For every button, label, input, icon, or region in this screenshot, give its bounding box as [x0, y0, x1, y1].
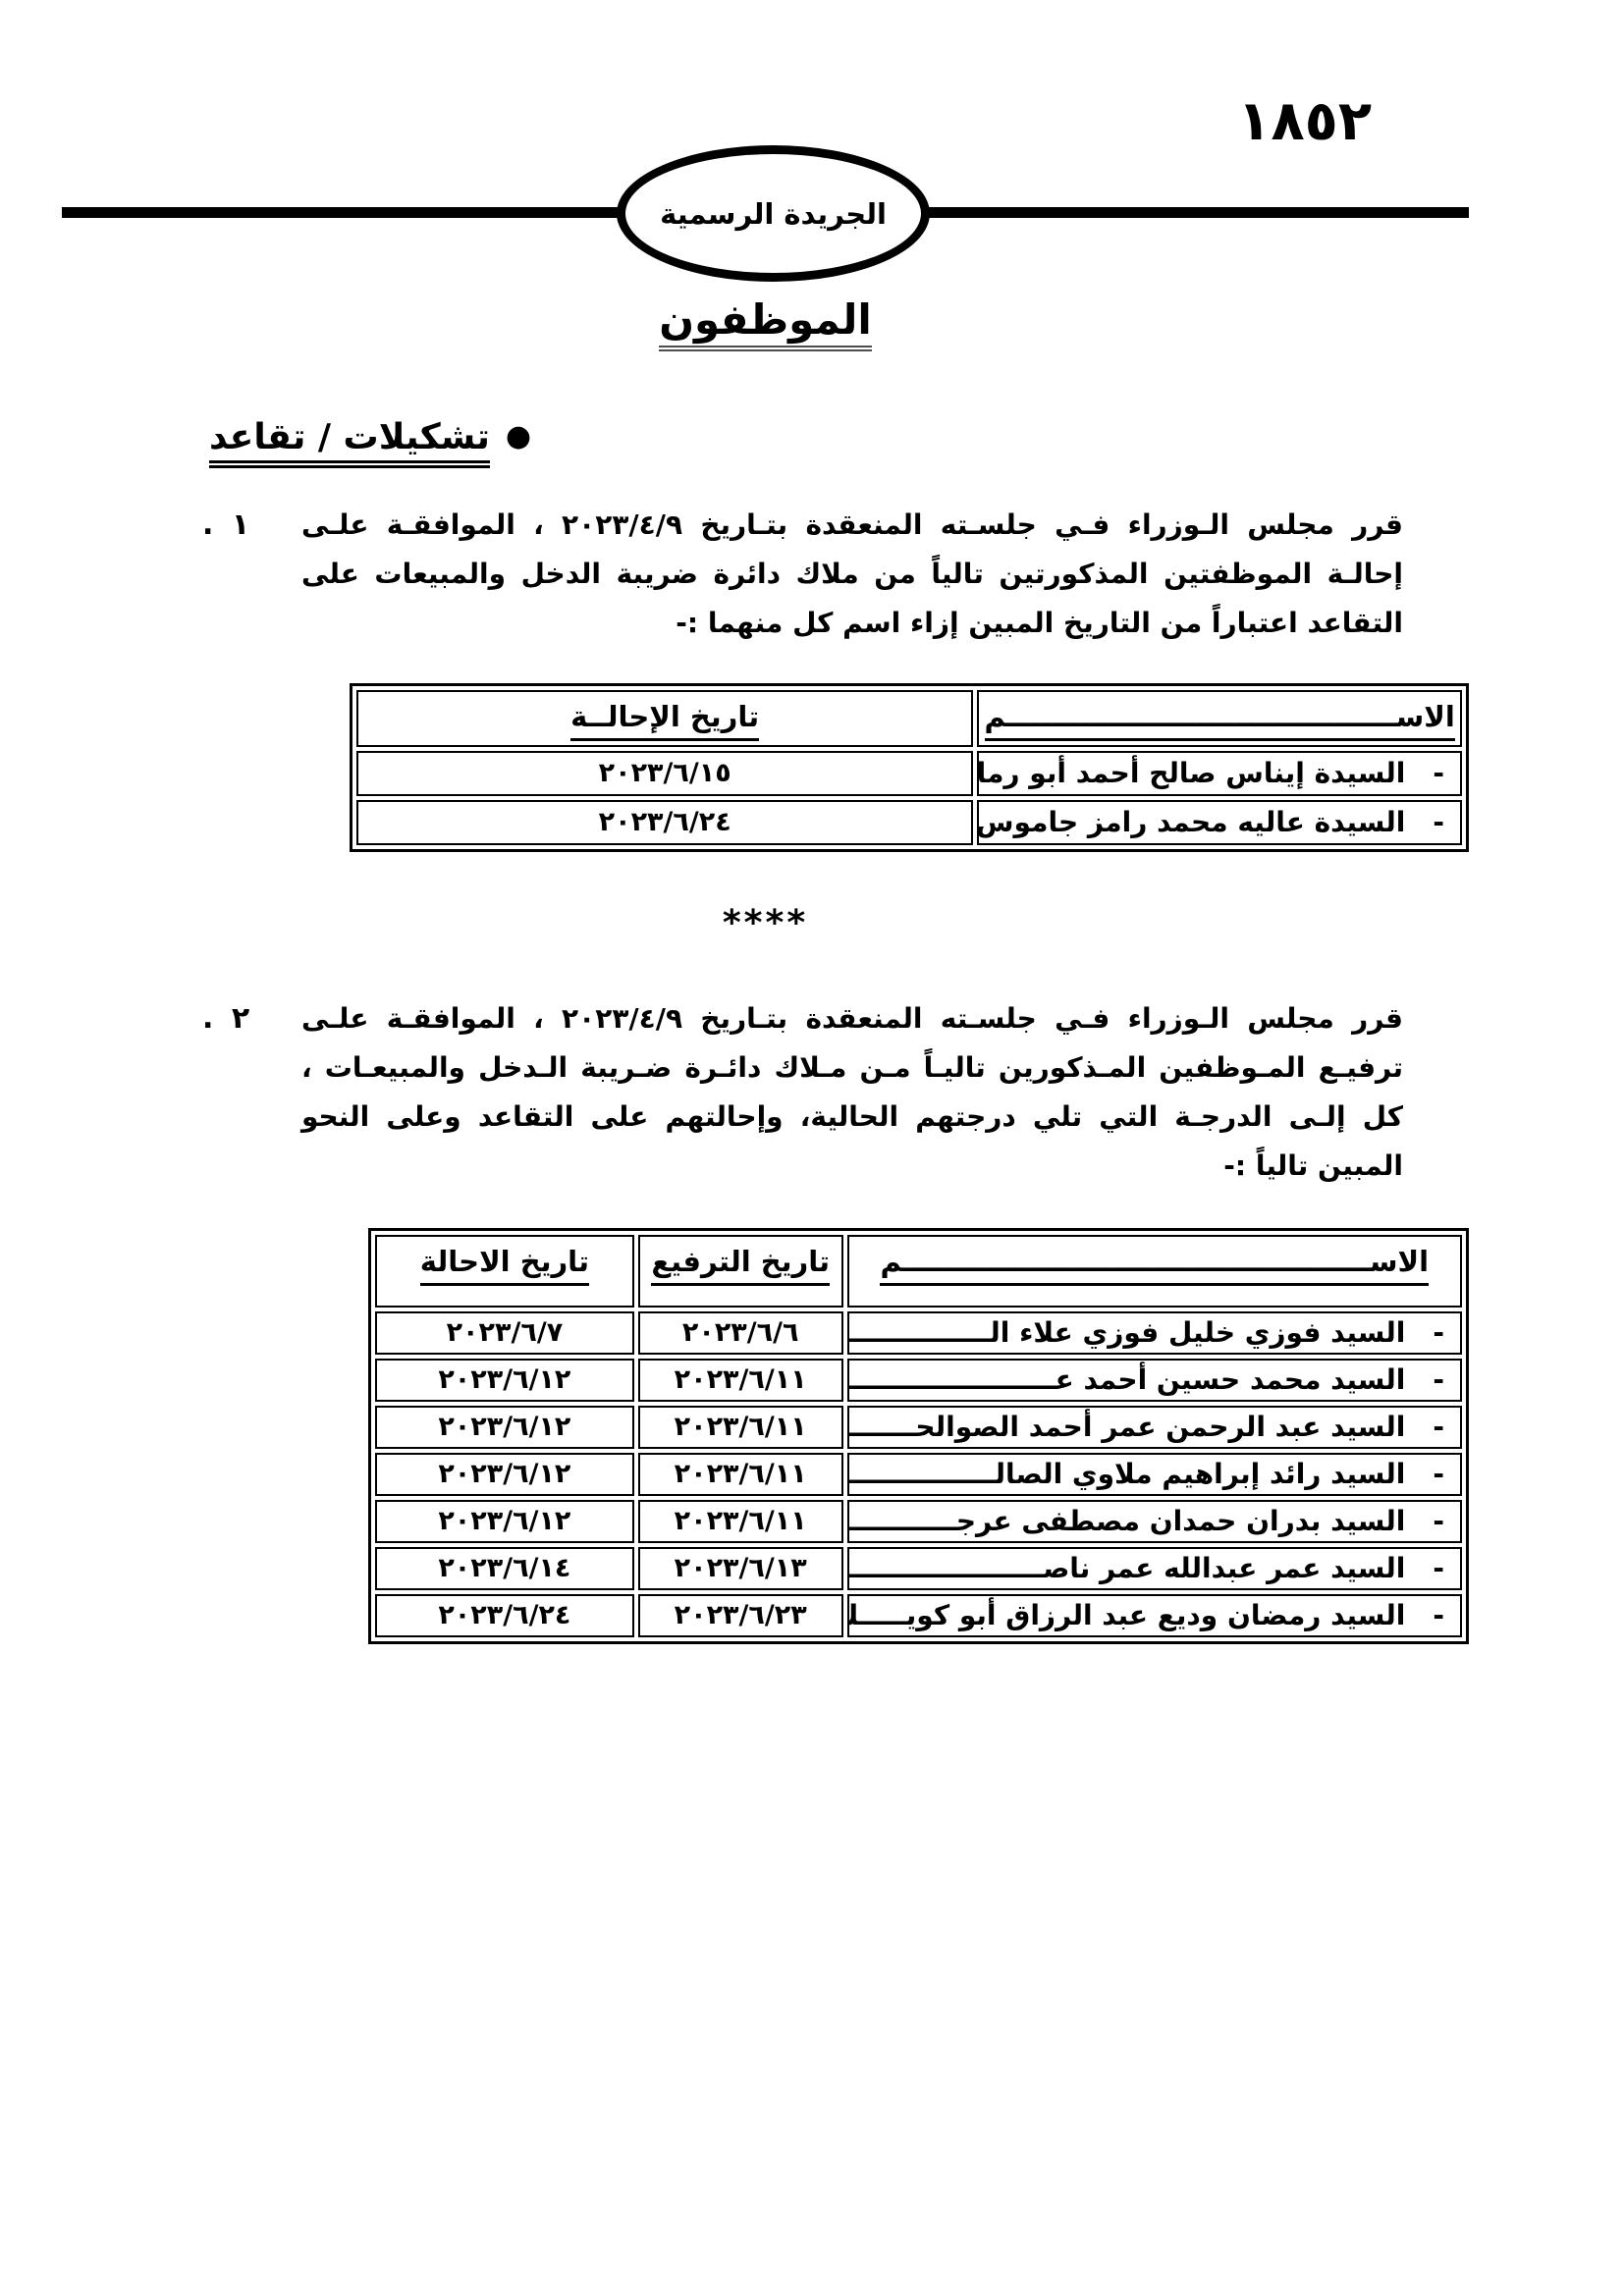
referral-date: ٢٠٢٣/٦/١٢ — [375, 1500, 634, 1543]
retirement-table: الاســــــــــــــــــــــــــــــــــــ… — [350, 683, 1469, 852]
promotion-date: ٢٠٢٣/٦/٦ — [638, 1311, 843, 1355]
list-marker: - — [1433, 1599, 1444, 1631]
table-row: -السيد رائد إبراهيم ملاوي الصالـــــــــ… — [375, 1453, 1462, 1496]
gazette-name: الجريدة الرسمية — [660, 197, 887, 231]
promotion-date: ٢٠٢٣/٦/١١ — [638, 1500, 843, 1543]
promotion-date: ٢٠٢٣/٦/١١ — [638, 1453, 843, 1496]
promotion-date: ٢٠٢٣/٦/١١ — [638, 1359, 843, 1402]
table-row: -السيدة إيناس صالح أحمد أبو رمان ٢٠٢٣/٦/… — [356, 751, 1462, 796]
table-row: -السيد بدران حمدان مصطفى عرجــــــــــــ… — [375, 1500, 1462, 1543]
page-title: الموظفون — [62, 294, 1469, 347]
list-marker: - — [1433, 1363, 1444, 1396]
employee-name: السيدة إيناس صالح أحمد أبو رمان — [977, 757, 1405, 789]
list-marker: - — [1433, 757, 1444, 789]
section-bullet-label: تشكيلات / تقاعد — [209, 417, 490, 463]
table-row: -السيدة عاليه محمد رامز جاموس ٢٠٢٣/٦/٢٤ — [356, 800, 1462, 845]
table-row: -السيد رمضان وديع عبد الرزاق أبو كويــــ… — [375, 1594, 1462, 1637]
list-marker: - — [1433, 806, 1444, 838]
referral-date: ٢٠٢٣/٦/١٤ — [375, 1547, 634, 1590]
list-marker: - — [1433, 1552, 1444, 1584]
list-marker: - — [1433, 1411, 1444, 1443]
referral-date-column-header: تاريخ الإحالــة — [356, 690, 973, 747]
promotion-date: ٢٠٢٣/٦/٢٣ — [638, 1594, 843, 1637]
name-column-header: الاســــــــــــــــــــــــــــــــــــ… — [977, 690, 1462, 747]
page-header: ١٨٥٢ الجريدة الرسمية — [0, 0, 1624, 282]
list-marker: - — [1433, 1316, 1444, 1349]
name-column-header: الاســــــــــــــــــــــــــــــــــــ… — [847, 1235, 1462, 1308]
table-header-row: الاســــــــــــــــــــــــــــــــــــ… — [356, 690, 1462, 747]
referral-date: ٢٠٢٣/٦/١٢ — [375, 1406, 634, 1449]
page-content: الموظفون ●تشكيلات / تقاعد ١ . قرر مجلس ا… — [62, 294, 1469, 1644]
bullet-icon: ● — [506, 419, 531, 454]
referral-date-column-header: تاريخ الاحالة — [375, 1235, 634, 1308]
item-1-number: ١ . — [202, 501, 249, 550]
promotion-date: ٢٠٢٣/٦/١١ — [638, 1406, 843, 1449]
gazette-page: { "page": { "number": "١٨٥٢", "gazette_n… — [0, 0, 1624, 2296]
table-row: -السيد فوزي خليل فوزي علاء الـــــــــــ… — [375, 1311, 1462, 1355]
item-1-text: قرر مجلس الـوزراء فـي جلسـته المنعقدة بت… — [62, 501, 1469, 648]
gazette-oval-seal: الجريدة الرسمية — [617, 145, 930, 282]
referral-date: ٢٠٢٣/٦/٧ — [375, 1311, 634, 1355]
table-row: -السيد محمد حسين أحمد عـــــــــــــــــ… — [375, 1359, 1462, 1402]
table-row: -السيد عمر عبدالله عمر ناصــــــــــــــ… — [375, 1547, 1462, 1590]
table-row: -السيد عبد الرحمن عمر أحمد الصوالحــــــ… — [375, 1406, 1462, 1449]
item-2-number: ٢ . — [202, 994, 249, 1043]
page-number: ١٨٥٢ — [1237, 94, 1372, 149]
table-header-row: الاســــــــــــــــــــــــــــــــــــ… — [375, 1235, 1462, 1308]
employee-name: السيد محمد حسين أحمد عــــــــــــــــــ… — [847, 1363, 1406, 1396]
promotion-date-column-header: تاريخ الترفيع — [638, 1235, 843, 1308]
referral-date: ٢٠٢٣/٦/٢٤ — [375, 1594, 634, 1637]
promotion-table: الاســــــــــــــــــــــــــــــــــــ… — [368, 1228, 1469, 1644]
decision-item-1: ١ . قرر مجلس الـوزراء فـي جلسـته المنعقد… — [62, 501, 1469, 648]
employee-name: السيد عمر عبدالله عمر ناصـــــــــــــــ… — [847, 1552, 1406, 1584]
item-2-text: قرر مجلس الـوزراء فـي جلسـته المنعقدة بت… — [62, 994, 1469, 1191]
employee-name: السيد بدران حمدان مصطفى عرجـــــــــــــ… — [847, 1505, 1406, 1537]
section-bullet: ●تشكيلات / تقاعد — [62, 415, 1469, 459]
promotion-date: ٢٠٢٣/٦/١٣ — [638, 1547, 843, 1590]
referral-date: ٢٠٢٣/٦/١٢ — [375, 1359, 634, 1402]
employee-name: السيد عبد الرحمن عمر أحمد الصوالحـــــــ… — [847, 1411, 1406, 1443]
list-marker: - — [1433, 1505, 1444, 1537]
referral-date: ٢٠٢٣/٦/٢٤ — [356, 800, 973, 845]
decision-item-2: ٢ . قرر مجلس الـوزراء فـي جلسـته المنعقد… — [62, 994, 1469, 1191]
referral-date: ٢٠٢٣/٦/١٥ — [356, 751, 973, 796]
employee-name: السيد فوزي خليل فوزي علاء الــــــــــــ… — [847, 1316, 1406, 1349]
employee-name: السيد رائد إبراهيم ملاوي الصالــــــــــ… — [847, 1458, 1406, 1490]
list-marker: - — [1433, 1458, 1444, 1490]
referral-date: ٢٠٢٣/٦/١٢ — [375, 1453, 634, 1496]
employee-name: السيد رمضان وديع عبد الرزاق أبو كويـــــ… — [847, 1599, 1406, 1631]
employee-name: السيدة عاليه محمد رامز جاموس — [977, 806, 1405, 838]
section-separator: **** — [62, 901, 1469, 945]
